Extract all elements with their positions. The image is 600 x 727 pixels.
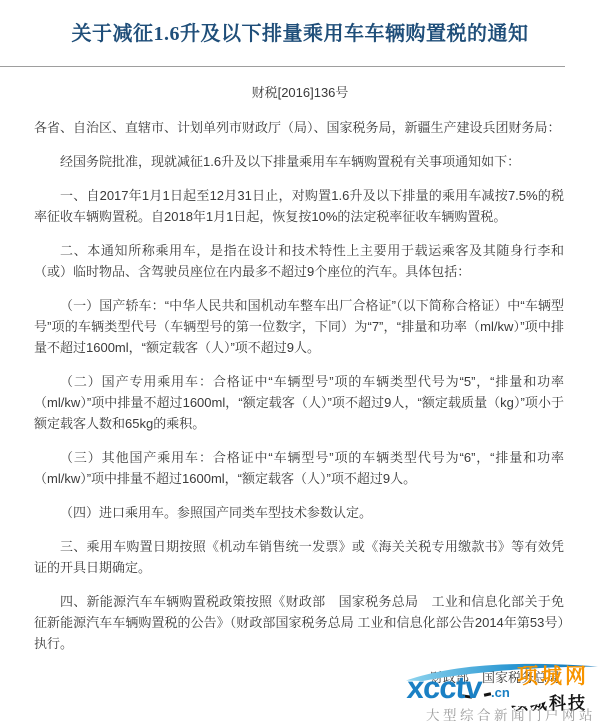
document-body: 各省、自治区、直辖市、计划单列市财政厅（局）、国家税务局，新疆生产建设兵团财务局… xyxy=(0,117,600,654)
page-title: 关于减征1.6升及以下排量乘用车车辆购置税的通知 xyxy=(0,0,600,48)
site-logo-domain-suffix: .cn xyxy=(491,685,510,700)
paragraph-item-4: 四、新能源汽车车辆购置税政策按照《财政部 国家税务总局 工业和信息化部关于免征新… xyxy=(34,591,564,654)
paragraph-item-1: 一、自2017年1月1日起至12月31日止，对购置1.6升及以下排量的乘用车减按… xyxy=(34,185,564,227)
paragraph-item-2-3: （三）其他国产乘用车：合格证中“车辆型号”项的车辆类型代号为“6”，“排量和功率… xyxy=(34,447,564,489)
paragraph-item-2-4: （四）进口乘用车。参照国产同类车型技术参数认定。 xyxy=(34,502,564,523)
divider-line xyxy=(0,66,565,67)
paragraph-intro: 经国务院批准，现就减征1.6升及以下排量乘用车车辆购置税有关事项通知如下： xyxy=(34,151,564,172)
paragraph-item-2-1: （一）国产轿车：“中华人民共和国机动车整车出厂合格证”（以下简称合格证）中“车辆… xyxy=(34,295,564,358)
document-number: 财税[2016]136号 xyxy=(0,83,600,103)
paragraph-item-2: 二、本通知所称乘用车，是指在设计和技术特性上主要用于载运乘客及其随身行李和（或）… xyxy=(34,240,564,282)
site-tagline: 大型综合新闻门户网站 xyxy=(426,704,596,724)
site-logo-text: xcctv xyxy=(406,673,482,703)
paragraph-item-3: 三、乘用车购置日期按照《机动车销售统一发票》或《海关关税专用缴款书》等有效凭证的… xyxy=(34,536,564,578)
paragraph-item-2-2: （二）国产专用乘用车：合格证中“车辆型号”项的车辆类型代号为“5”，“排量和功率… xyxy=(34,371,564,434)
site-brand-name: 项城网 xyxy=(517,666,589,688)
notice-document-page: 关于减征1.6升及以下排量乘用车车辆购置税的通知 财税[2016]136号 各省… xyxy=(0,0,600,727)
paragraph-addressees: 各省、自治区、直辖市、计划单列市财政厅（局）、国家税务局，新疆生产建设兵团财务局… xyxy=(34,117,564,138)
site-watermark: 项城科技 xcctv .cn 项城网 大型综合新闻门户网站 xyxy=(400,649,600,723)
